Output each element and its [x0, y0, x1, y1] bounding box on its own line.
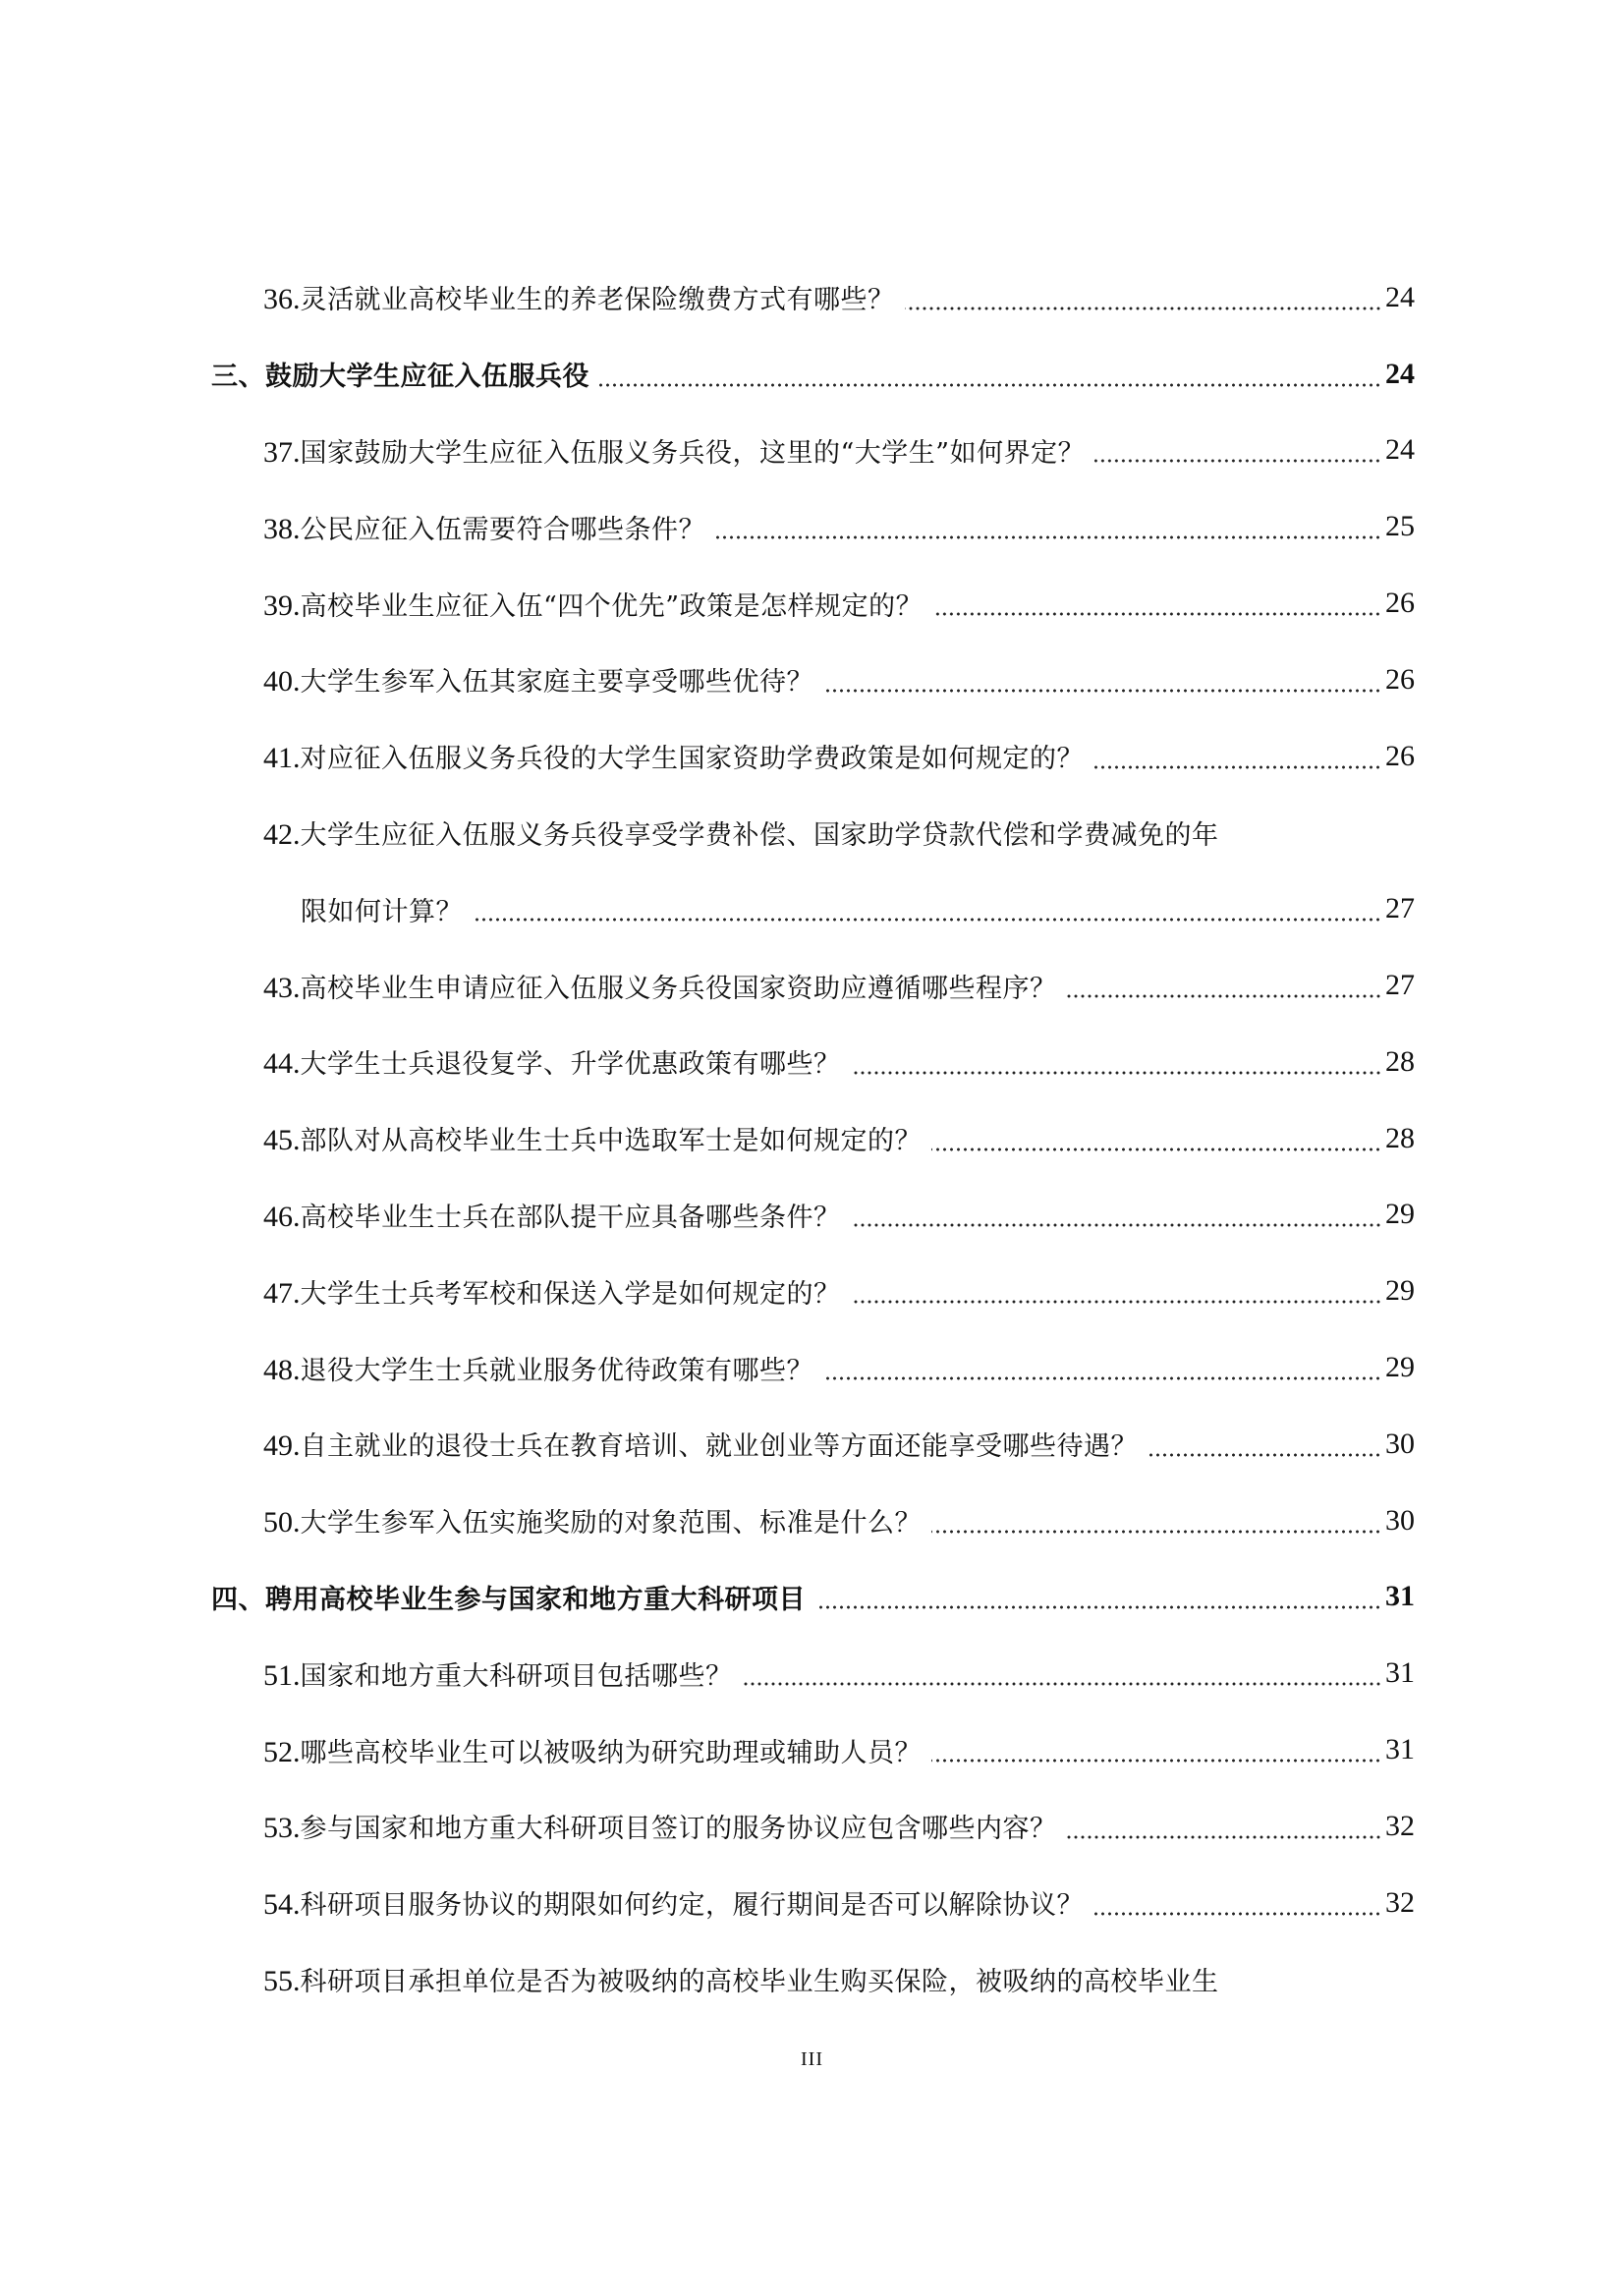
toc-page-number: 31 [1385, 1656, 1415, 1690]
toc-entry-title: 37.国家鼓励大学生应征入伍服义务兵役，这里的“大学生”如何界定？ [263, 431, 1085, 470]
toc-entry-52[interactable]: 52.哪些高校毕业生可以被吸纳为研究助理或辅助人员？ 31 [0, 1711, 1624, 1788]
toc-entry-51[interactable]: 51.国家和地方重大科研项目包括哪些？ 31 [0, 1635, 1624, 1711]
toc-entry-48[interactable]: 48.退役大学生士兵就业服务优待政策有哪些？ 29 [0, 1329, 1624, 1406]
toc-page-number: 24 [1385, 358, 1415, 391]
toc-section-heading-3[interactable]: 三、鼓励大学生应征入伍服兵役 24 [0, 336, 1624, 413]
toc-entry-50[interactable]: 50.大学生参军入伍实施奖励的对象范围、标准是什么？ 30 [0, 1483, 1624, 1559]
toc-entry-49[interactable]: 49.自主就业的退役士兵在教育培训、就业创业等方面还能享受哪些待遇？ 30 [0, 1406, 1624, 1483]
toc-entry-39[interactable]: 39.高校毕业生应征入伍“四个优先”政策是怎样规定的？ 26 [0, 565, 1624, 642]
dot-leader [1067, 994, 1382, 998]
toc-page-number: 31 [1385, 1733, 1415, 1766]
toc-page-number: 25 [1385, 510, 1415, 543]
toc-entry-title: 46.高校毕业生士兵在部队提干应具备哪些条件？ [263, 1196, 841, 1234]
dot-leader [473, 918, 1381, 922]
toc-page-number: 24 [1385, 433, 1415, 467]
toc-entry-44[interactable]: 44.大学生士兵退役复学、升学优惠政策有哪些？ 28 [0, 1024, 1624, 1100]
toc-entry-45[interactable]: 45.部队对从高校毕业生士兵中选取军士是如何规定的？ 28 [0, 1100, 1624, 1177]
toc-entry-40[interactable]: 40.大学生参军入伍其家庭主要享受哪些优待？ 26 [0, 642, 1624, 718]
dot-leader [1067, 1835, 1382, 1839]
dot-leader [851, 1223, 1382, 1227]
dot-leader [1093, 1912, 1381, 1916]
toc-entry-title: 44.大学生士兵退役复学、升学优惠政策有哪些？ [263, 1042, 841, 1081]
toc-entry-title: 40.大学生参军入伍其家庭主要享受哪些优待？ [263, 660, 813, 699]
toc-entry-37[interactable]: 37.国家鼓励大学生应征入伍服义务兵役，这里的“大学生”如何界定？ 24 [0, 413, 1624, 489]
toc-page-number: 32 [1385, 1810, 1415, 1843]
toc-heading-title: 四、聘用高校毕业生参与国家和地方重大科研项目 [211, 1578, 806, 1616]
dot-leader [932, 612, 1381, 616]
toc-entry-title: 52.哪些高校毕业生可以被吸纳为研究助理或辅助人员？ [263, 1731, 922, 1769]
toc-entry-title: 48.退役大学生士兵就业服务优待政策有哪些？ [263, 1349, 813, 1387]
toc-page-number: 30 [1385, 1428, 1415, 1461]
dot-leader [905, 307, 1382, 310]
toc-page-number: 29 [1385, 1274, 1415, 1308]
dot-leader [823, 689, 1381, 693]
toc-section-heading-4[interactable]: 四、聘用高校毕业生参与国家和地方重大科研项目 31 [0, 1559, 1624, 1636]
dot-leader [851, 1071, 1382, 1075]
toc-entry-42-continuation[interactable]: 限如何计算？ 27 [0, 870, 1624, 947]
page-folio-number: III [0, 2048, 1624, 2071]
toc-entry-41[interactable]: 41.对应征入伍服义务兵役的大学生国家资助学费政策是如何规定的？ 26 [0, 718, 1624, 795]
toc-page-number: 30 [1385, 1504, 1415, 1538]
toc-entry-title: 45.部队对从高校毕业生士兵中选取军士是如何规定的？ [263, 1119, 922, 1157]
dot-leader [743, 1682, 1382, 1686]
dot-leader [1093, 765, 1381, 769]
toc-page-number: 28 [1385, 1045, 1415, 1079]
dot-leader [931, 1530, 1381, 1534]
toc-page-number: 32 [1385, 1886, 1415, 1920]
toc-entry-42[interactable]: 42.大学生应征入伍服义务兵役享受学费补偿、国家助学贷款代偿和学费减免的年 [0, 795, 1624, 871]
toc-page-number: 24 [1385, 281, 1415, 314]
toc-entry-title-continuation: 限如何计算？ [301, 890, 463, 928]
dot-leader [823, 1376, 1381, 1380]
dot-leader [931, 1148, 1381, 1151]
dot-leader [1148, 1453, 1381, 1457]
toc-entry-title: 39.高校毕业生应征入伍“四个优先”政策是怎样规定的？ [263, 585, 923, 623]
dot-leader [815, 1605, 1381, 1609]
dot-leader [715, 535, 1381, 539]
toc-page-number: 26 [1385, 740, 1415, 773]
toc-page-number: 29 [1385, 1351, 1415, 1384]
dot-leader [599, 383, 1381, 387]
toc-page-number: 27 [1385, 892, 1415, 925]
toc-entry-title: 47.大学生士兵考军校和保送入学是如何规定的？ [263, 1272, 841, 1311]
toc-entry-title: 54.科研项目服务协议的期限如何约定，履行期间是否可以解除协议？ [263, 1883, 1084, 1922]
toc-entry-title: 53.参与国家和地方重大科研项目签订的服务协议应包含哪些内容？ [263, 1807, 1057, 1845]
toc-entry-53[interactable]: 53.参与国家和地方重大科研项目签订的服务协议应包含哪些内容？ 32 [0, 1788, 1624, 1865]
toc-entry-46[interactable]: 46.高校毕业生士兵在部队提干应具备哪些条件？ 29 [0, 1177, 1624, 1254]
toc-page-number: 28 [1385, 1122, 1415, 1155]
toc-page-number: 27 [1385, 969, 1415, 1002]
toc-entry-title: 42.大学生应征入伍服义务兵役享受学费补偿、国家助学贷款代偿和学费减免的年 [263, 813, 1415, 852]
toc-entry-55[interactable]: 55.科研项目承担单位是否为被吸纳的高校毕业生购买保险，被吸纳的高校毕业生 [0, 1941, 1624, 2018]
toc-page-number: 29 [1385, 1198, 1415, 1231]
toc-page-number: 26 [1385, 663, 1415, 697]
toc-entry-title: 36.灵活就业高校毕业生的养老保险缴费方式有哪些？ [263, 278, 895, 316]
toc-heading-title: 三、鼓励大学生应征入伍服兵役 [211, 355, 589, 393]
toc-entry-title: 43.高校毕业生申请应征入伍服义务兵役国家资助应遵循哪些程序？ [263, 967, 1057, 1005]
toc-entry-54[interactable]: 54.科研项目服务协议的期限如何约定，履行期间是否可以解除协议？ 32 [0, 1865, 1624, 1941]
toc-entry-43[interactable]: 43.高校毕业生申请应征入伍服义务兵役国家资助应遵循哪些程序？ 27 [0, 947, 1624, 1024]
toc-entry-title: 55.科研项目承担单位是否为被吸纳的高校毕业生购买保险，被吸纳的高校毕业生 [263, 1960, 1415, 1998]
toc-page-number: 26 [1385, 587, 1415, 620]
toc-page-number: 31 [1385, 1580, 1415, 1613]
toc-entry-47[interactable]: 47.大学生士兵考军校和保送入学是如何规定的？ 29 [0, 1253, 1624, 1329]
dot-leader [851, 1300, 1382, 1304]
toc-entry-title: 50.大学生参军入伍实施奖励的对象范围、标准是什么？ [263, 1501, 922, 1540]
toc-entry-38[interactable]: 38.公民应征入伍需要符合哪些条件？ 25 [0, 488, 1624, 565]
table-of-contents: 36.灵活就业高校毕业生的养老保险缴费方式有哪些？ 24 三、鼓励大学生应征入伍… [0, 259, 1624, 2017]
toc-entry-title: 38.公民应征入伍需要符合哪些条件？ [263, 508, 705, 546]
dot-leader [1094, 459, 1381, 463]
toc-entry-title: 49.自主就业的退役士兵在教育培训、就业创业等方面还能享受哪些待遇？ [263, 1425, 1138, 1463]
toc-entry-36[interactable]: 36.灵活就业高校毕业生的养老保险缴费方式有哪些？ 24 [0, 259, 1624, 336]
toc-entry-title: 41.对应征入伍服义务兵役的大学生国家资助学费政策是如何规定的？ [263, 737, 1084, 775]
dot-leader [931, 1759, 1381, 1763]
toc-entry-title: 51.国家和地方重大科研项目包括哪些？ [263, 1654, 733, 1693]
